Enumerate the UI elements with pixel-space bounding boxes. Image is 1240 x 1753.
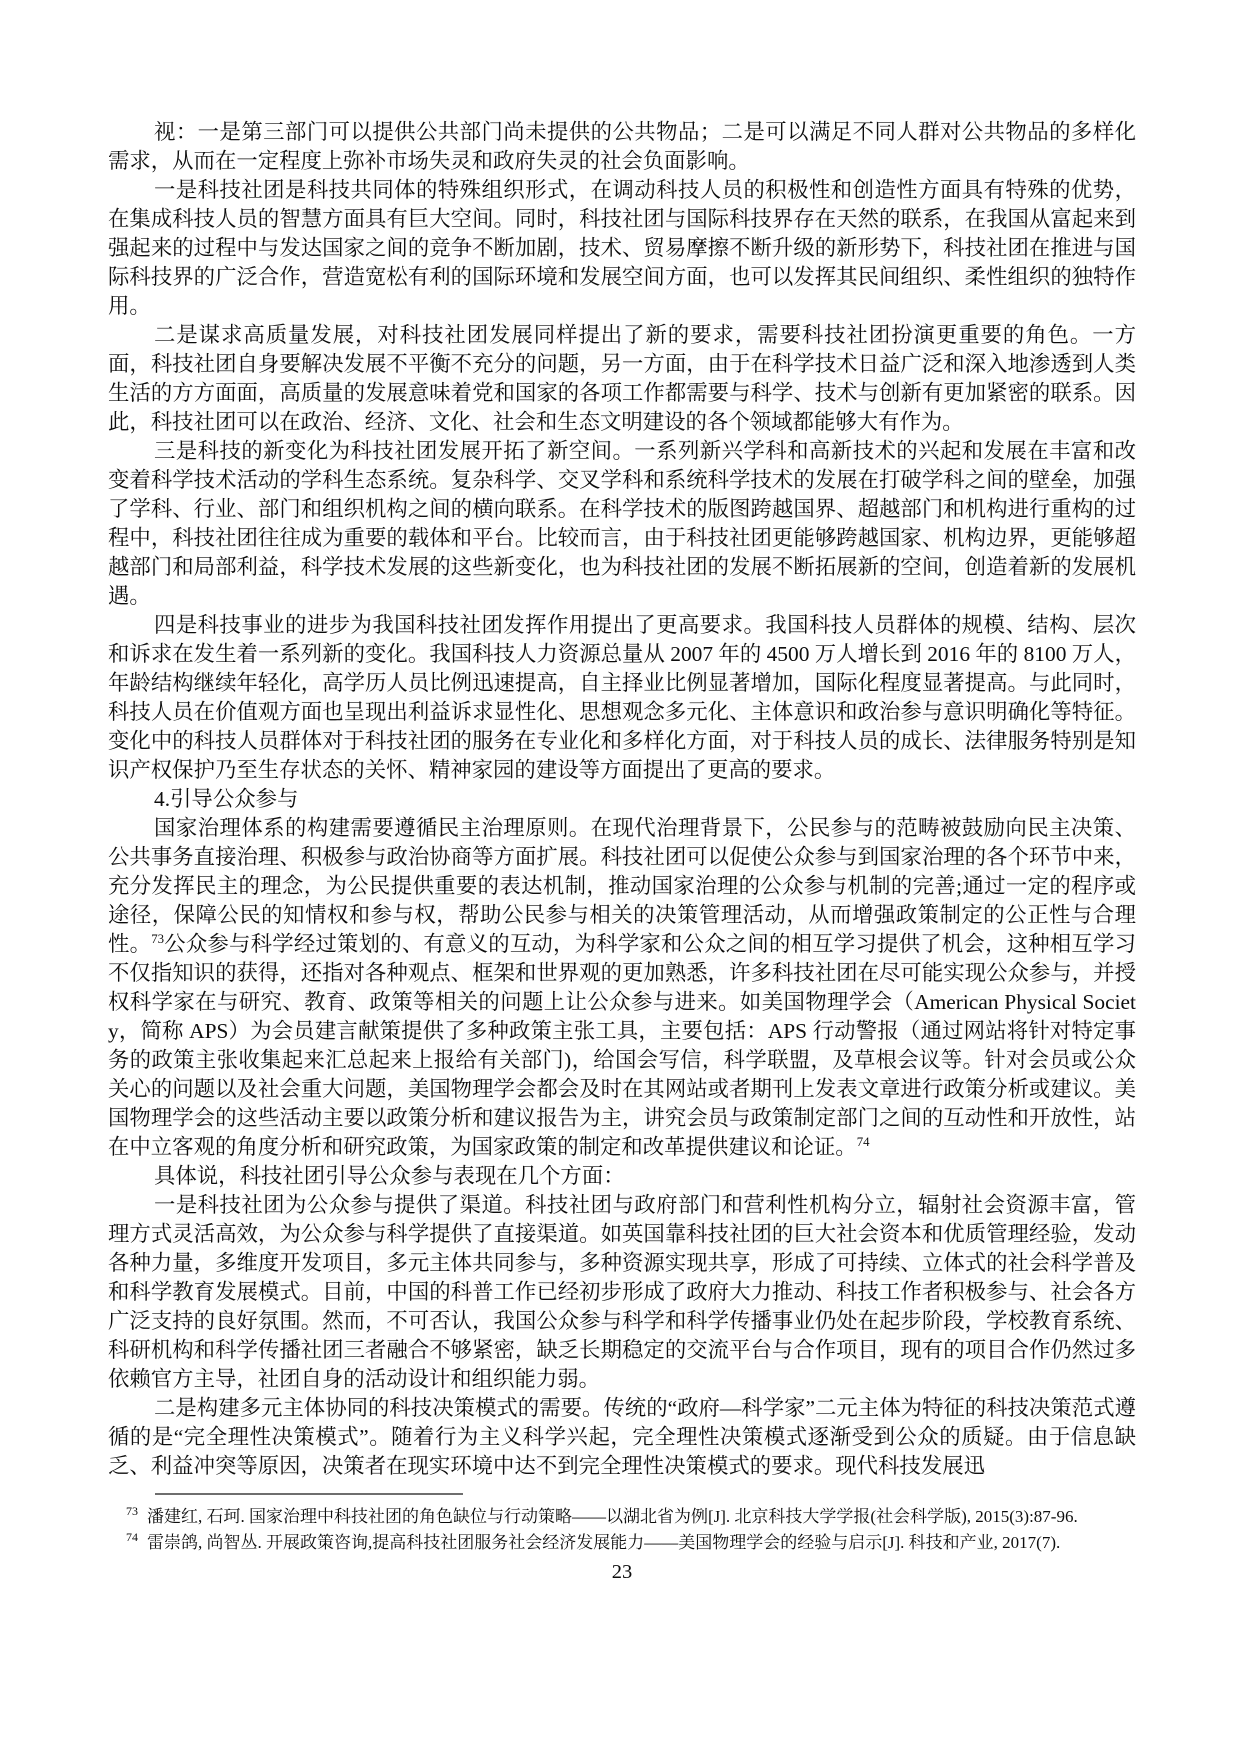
footnote-74: 74雷崇鸽, 尚智丛. 开展政策咨询,提高科技社团服务社会经济发展能力——美国物… xyxy=(108,1530,1136,1556)
footnote-74-text: 雷崇鸽, 尚智丛. 开展政策咨询,提高科技社团服务社会经济发展能力——美国物理学… xyxy=(147,1533,1060,1552)
paragraph-public-participation: 国家治理体系的构建需要遵循民主治理原则。在现代治理背景下，公民参与的范畴被鼓励向… xyxy=(108,814,1136,1162)
paragraph-lead-in: 具体说，科技社团引导公众参与表现在几个方面： xyxy=(108,1162,1136,1191)
document-page: 视：一是第三部门可以提供公共部门尚未提供的公共物品；二是可以满足不同人群对公共物… xyxy=(0,0,1240,1753)
paragraph-continuation: 视：一是第三部门可以提供公共部门尚未提供的公共物品；二是可以满足不同人群对公共物… xyxy=(108,118,1136,176)
paragraph-channel-2: 二是构建多元主体协同的科技决策模式的需要。传统的“政府—科学家”二元主体为特征的… xyxy=(108,1394,1136,1481)
paragraph-point-1: 一是科技社团是科技共同体的特殊组织形式，在调动科技人员的积极性和创造性方面具有特… xyxy=(108,176,1136,321)
section-heading-4: 4.引导公众参与 xyxy=(108,785,1136,814)
paragraph-point-2: 二是谋求高质量发展，对科技社团发展同样提出了新的要求，需要科技社团扮演更重要的角… xyxy=(108,321,1136,437)
page-number: 23 xyxy=(108,1558,1136,1586)
footnote-74-marker: 74 xyxy=(126,1530,138,1544)
paragraph-text-segment: 公众参与科学经过策划的、有意义的互动，为科学家和公众之间的相互学习提供了机会，这… xyxy=(108,932,1136,1159)
paragraph-point-4: 四是科技事业的进步为我国科技社团发挥作用提出了更高要求。我国科技人员群体的规模、… xyxy=(108,611,1136,785)
footnote-separator xyxy=(155,1493,463,1495)
footnotes-section: 73潘建红, 石珂. 国家治理中科技社团的角色缺位与行动策略——以湖北省为例[J… xyxy=(108,1504,1136,1555)
footnote-73: 73潘建红, 石珂. 国家治理中科技社团的角色缺位与行动策略——以湖北省为例[J… xyxy=(108,1504,1136,1530)
footnote-73-marker: 73 xyxy=(126,1504,138,1518)
footnote-ref-73: 73 xyxy=(151,932,164,946)
footnote-73-text: 潘建红, 石珂. 国家治理中科技社团的角色缺位与行动策略——以湖北省为例[J].… xyxy=(147,1507,1078,1526)
footnote-ref-74: 74 xyxy=(857,1135,870,1149)
paragraph-channel-1: 一是科技社团为公众参与提供了渠道。科技社团与政府部门和营利性机构分立，辐射社会资… xyxy=(108,1191,1136,1394)
paragraph-point-3: 三是科技的新变化为科技社团发展开拓了新空间。一系列新兴学科和高新技术的兴起和发展… xyxy=(108,437,1136,611)
body-text: 视：一是第三部门可以提供公共部门尚未提供的公共物品；二是可以满足不同人群对公共物… xyxy=(108,118,1136,1481)
